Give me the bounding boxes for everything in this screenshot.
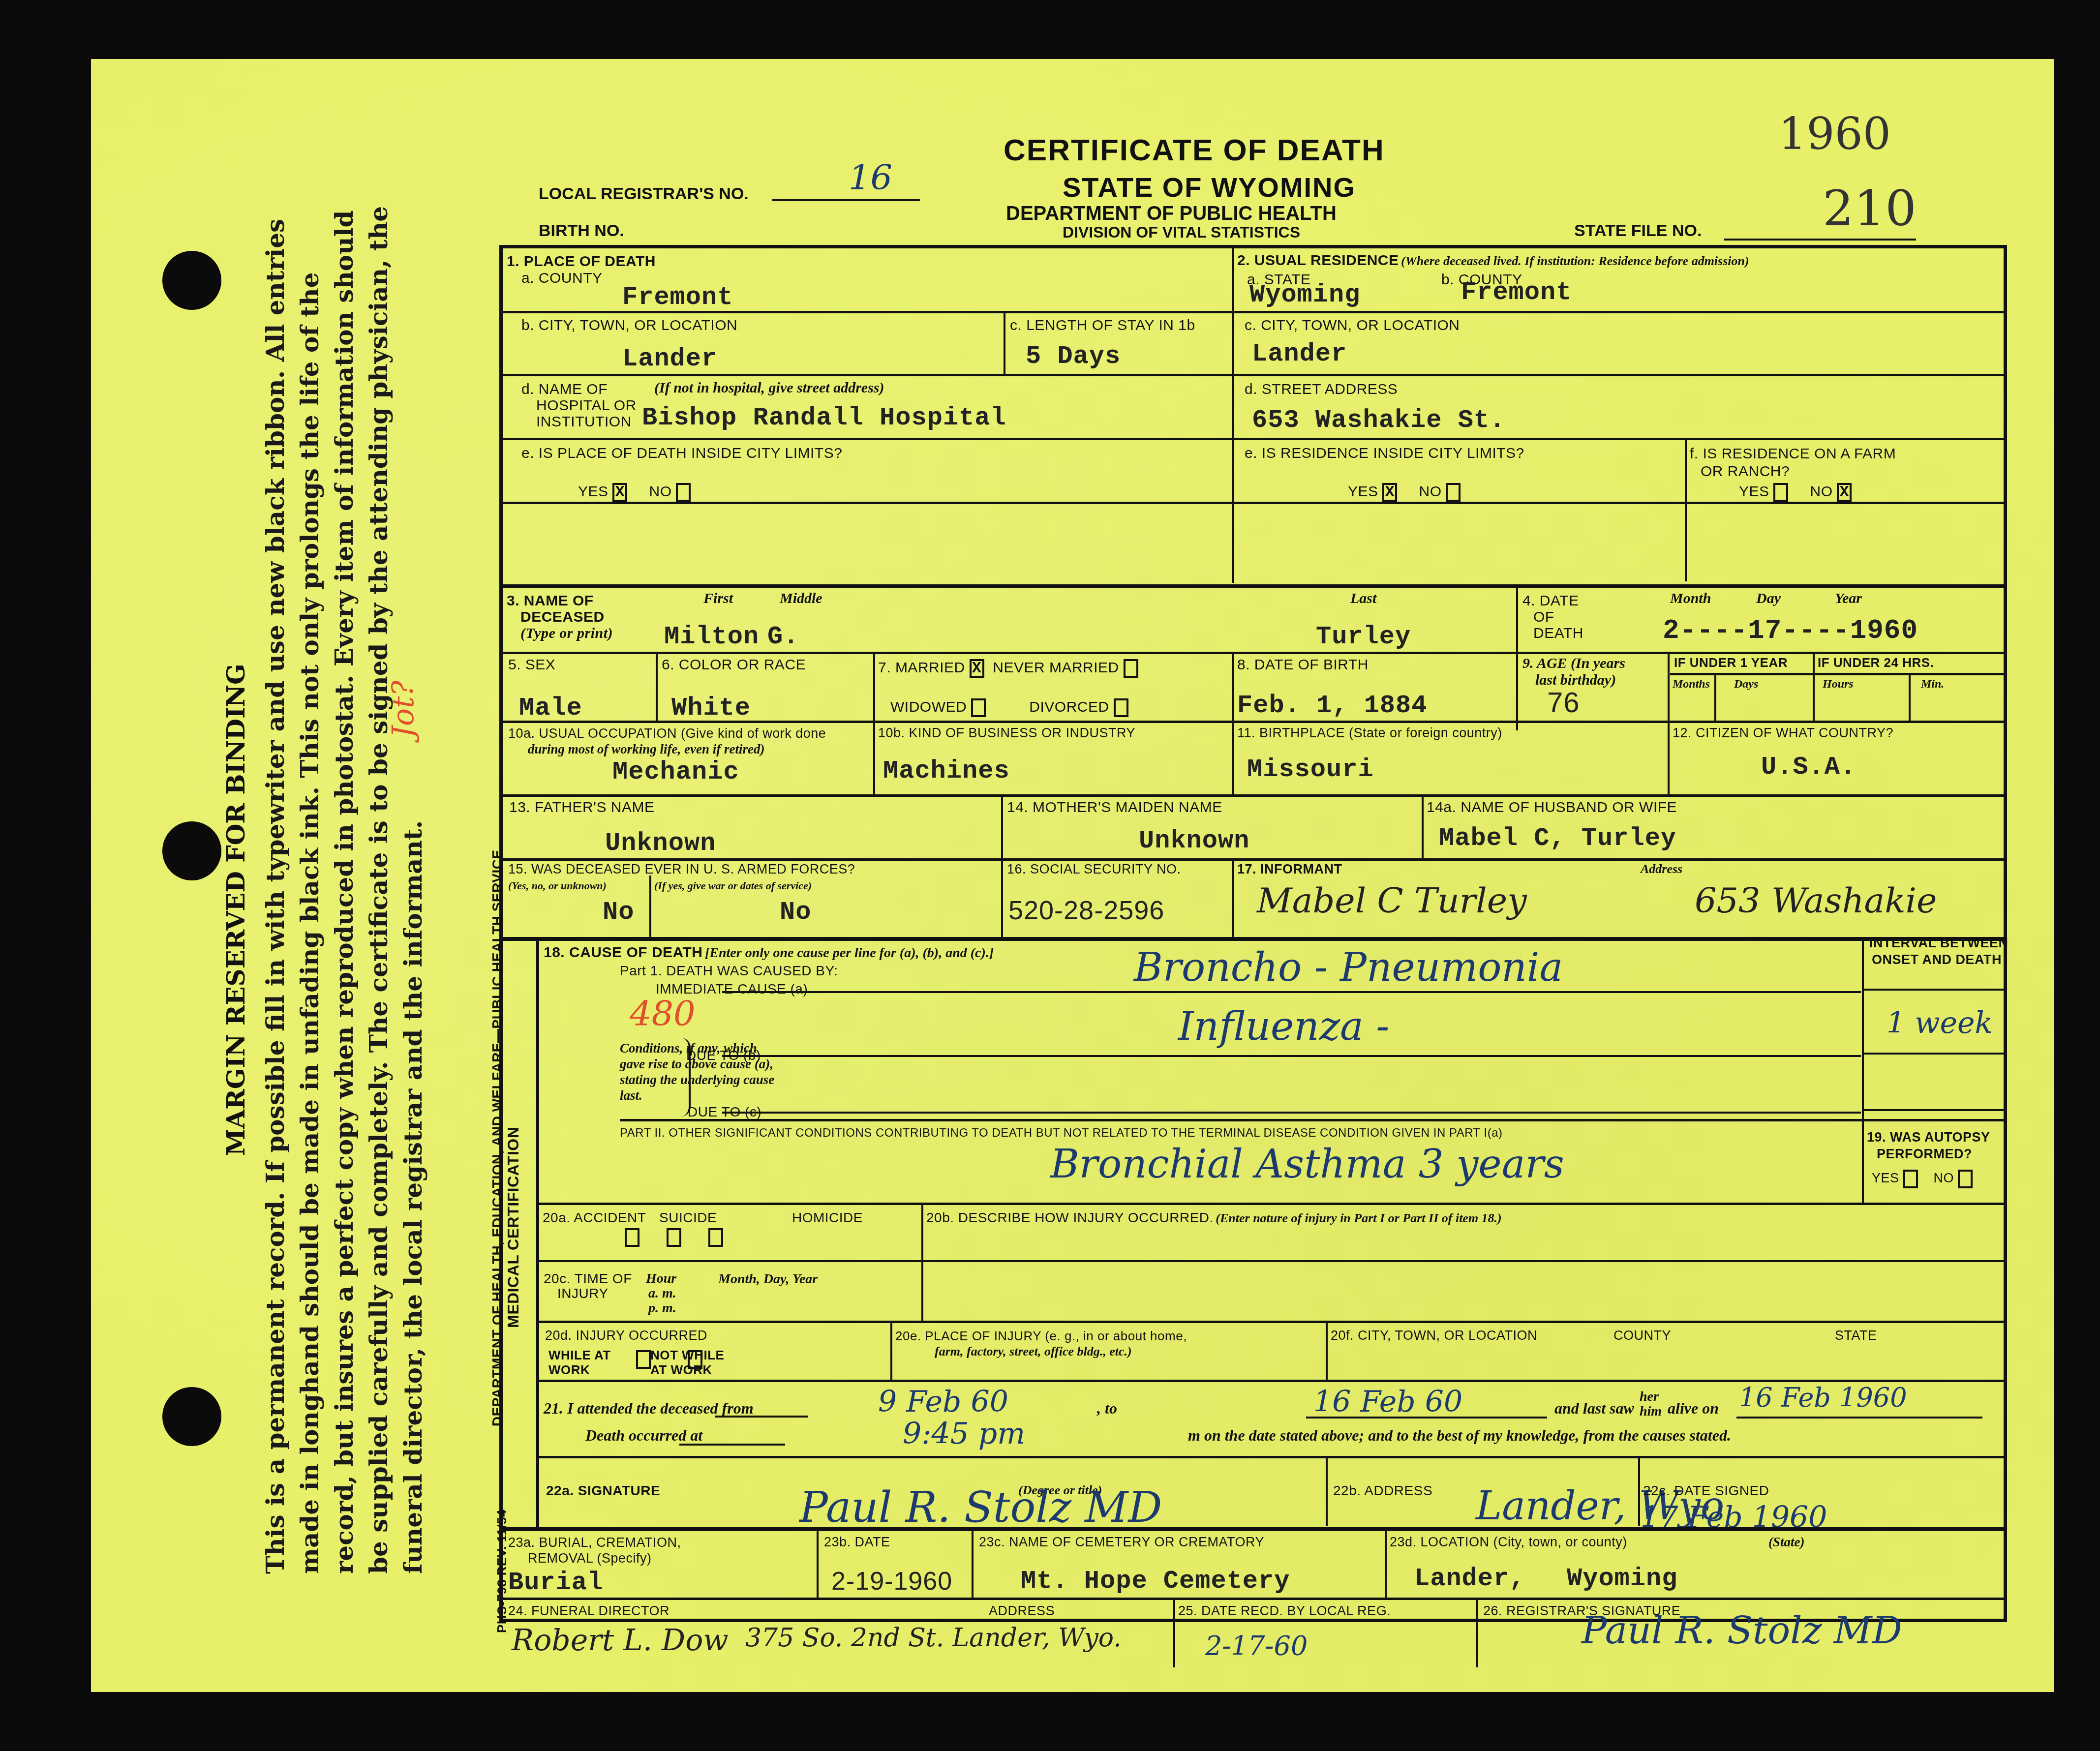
suicide-checkbox[interactable] [667, 1228, 681, 1247]
time-label-line: INJURY [557, 1286, 632, 1301]
divorced-checkbox[interactable] [1114, 698, 1128, 717]
residence-city-value[interactable]: Lander [1252, 339, 1347, 368]
due-to-b-line [722, 1055, 1861, 1057]
to-label: , to [1097, 1399, 1117, 1418]
divider [1004, 312, 1005, 375]
divider [1232, 860, 1234, 938]
death-inside-city-no-checkbox[interactable] [676, 483, 691, 502]
state-file-label: STATE FILE NO. [1574, 221, 1702, 241]
no-label: NO [1810, 483, 1833, 500]
attended-from-line [715, 1416, 808, 1418]
yes-label: YES [1872, 1171, 1899, 1185]
disposition-label-line: REMOVAL (Specify) [528, 1550, 681, 1566]
am-label: a. m. [648, 1286, 676, 1301]
disposition-label: 23a. BURIAL, CREMATION, REMOVAL (Specify… [508, 1535, 681, 1566]
occupation-label-line: 10a. USUAL OCCUPATION (Give kind of work… [508, 725, 826, 741]
death-statement: m on the date stated above; and to the b… [1188, 1426, 1731, 1445]
local-registrar-value: 16 [849, 157, 892, 198]
divider [921, 1204, 923, 1322]
married-label: MARRIED [895, 660, 965, 676]
residence-inside-city-options: YES X NO [1348, 483, 1461, 502]
divider [972, 1530, 974, 1599]
not-at-work-checkbox[interactable] [688, 1350, 702, 1369]
due-to-b-value[interactable]: Influenza - [1178, 1003, 1389, 1049]
cause-hint: [Enter only one cause per line for (a), … [705, 945, 994, 961]
medical-certification-label: MEDICAL CERTIFICATION [504, 1127, 522, 1328]
divider [890, 1322, 892, 1381]
divider [539, 1456, 2005, 1458]
under-1yr-label: IF UNDER 1 YEAR [1674, 655, 1788, 670]
divider [502, 438, 2005, 440]
attended-to-line [1306, 1417, 1547, 1419]
certificate-title: CERTIFICATE OF DEATH [1004, 133, 1385, 168]
instruction-line: This is a permanent record. If possible … [258, 246, 293, 1574]
autopsy-options: YES NO [1872, 1170, 1973, 1188]
part2-label: PART II. OTHER SIGNIFICANT CONDITIONS CO… [620, 1126, 1502, 1140]
describe-injury-label: 20b. DESCRIBE HOW INJURY OCCURRED. [926, 1210, 1214, 1225]
cause-header: 18. CAUSE OF DEATH [Enter only one cause… [544, 944, 994, 961]
birthplace-label: 11. BIRTHPLACE (State or foreign country… [1237, 725, 1502, 741]
widowed-checkbox[interactable] [971, 698, 986, 717]
death-county-value[interactable]: Fremont [622, 283, 733, 312]
name-label: 3. NAME OF DECEASED (Type or print) [507, 593, 613, 641]
attended-from-value[interactable]: 9 Feb 60 [878, 1385, 1008, 1419]
part2-value[interactable]: Bronchial Asthma 3 years [1050, 1141, 1564, 1187]
divider [1862, 989, 2005, 991]
divider [539, 1260, 2005, 1262]
physician-signature[interactable]: Paul R. Stolz MD [799, 1483, 1162, 1532]
hospital-hint: (If not in hospital, give street address… [654, 380, 884, 396]
yes-label: YES [578, 483, 609, 500]
occupation-label: 10a. USUAL OCCUPATION (Give kind of work… [508, 725, 826, 757]
dod-label: 4. DATE OF DEATH [1522, 593, 1583, 641]
divider [1326, 1457, 1328, 1526]
year-stamp: 1960 [1778, 108, 1891, 160]
death-occurred-value[interactable]: 9:45 pm [903, 1417, 1025, 1451]
autopsy-yes-checkbox[interactable] [1903, 1170, 1918, 1188]
sex-label: 5. SEX [508, 657, 555, 673]
time-label-line: 20c. TIME OF [544, 1271, 632, 1286]
accident-checkbox[interactable] [625, 1228, 639, 1247]
residence-state-value[interactable]: Wyoming [1249, 280, 1360, 309]
attended-to-value[interactable]: 16 Feb 60 [1313, 1385, 1462, 1419]
informant-label: 17. INFORMANT [1237, 862, 1342, 877]
binding-hole-bottom [162, 1387, 221, 1446]
divider [1714, 674, 1716, 722]
divider [502, 1598, 2005, 1600]
immediate-cause-value[interactable]: Broncho - Pneumonia [1134, 944, 1563, 990]
registrar-signature[interactable]: Paul R. Stolz MD [1582, 1608, 1902, 1652]
divider [502, 1527, 2005, 1531]
farm-label: f. IS RESIDENCE ON A FARM OR RANCH? [1690, 445, 1896, 481]
interval-value[interactable]: 1 week [1887, 1006, 1993, 1040]
usual-residence-hint: (Where deceased lived. If institution: R… [1401, 254, 1749, 268]
divider [1326, 1322, 1328, 1381]
divider [1670, 673, 2005, 675]
divider [502, 652, 2005, 654]
dod-label-line: OF [1533, 609, 1583, 625]
death-inside-city-yes-checkbox[interactable]: X [612, 483, 627, 502]
age-label: 9. AGE (In years last birthday) [1522, 655, 1625, 689]
hospital-label-line: HOSPITAL OR [536, 397, 637, 414]
ssn-value[interactable]: 520-28-2596 [1008, 895, 1164, 926]
name-label-line: DECEASED [520, 609, 613, 625]
burial-location-label: 23d. LOCATION (City, town, or county) [1390, 1535, 1627, 1549]
citizen-value[interactable]: U.S.A. [1761, 753, 1856, 782]
never-married-checkbox[interactable] [1124, 659, 1138, 678]
at-work-label-line: WORK [548, 1362, 611, 1377]
division-title: DIVISION OF VITAL STATISTICS [1063, 223, 1300, 242]
residence-inside-city-label: e. IS RESIDENCE INSIDE CITY LIMITS? [1245, 445, 1524, 462]
farm-label-line: OR RANCH? [1701, 463, 1896, 481]
at-work-label: WHILE AT WORK [548, 1348, 611, 1377]
farm-label-line: f. IS RESIDENCE ON A FARM [1690, 445, 1896, 463]
no-label: NO [649, 483, 672, 500]
divider [649, 875, 651, 937]
red-annotation: Jot? [386, 681, 421, 738]
death-inside-city-options: YES X NO [578, 483, 691, 502]
divider [502, 374, 2005, 376]
burial-date-label: 23b. DATE [824, 1535, 890, 1550]
dod-month-label: Month [1670, 590, 1711, 607]
local-registrar-label: LOCAL REGISTRAR'S NO. [539, 184, 749, 204]
residence-inside-city-no-checkbox[interactable] [1446, 483, 1461, 502]
cemetery-label: 23c. NAME OF CEMETERY OR CREMATORY [979, 1535, 1264, 1550]
married-checkbox[interactable]: X [970, 659, 984, 678]
margin-instructions: This is a permanent record. If possible … [258, 246, 430, 1574]
injury-state-label: STATE [1835, 1328, 1877, 1343]
suicide-label: SUICIDE [659, 1210, 717, 1226]
divider [502, 794, 2005, 797]
occupation-value[interactable]: Mechanic [612, 757, 739, 786]
spouse-value[interactable]: Mabel C, Turley [1439, 824, 1676, 853]
pm-label: p. m. [648, 1301, 676, 1316]
due-to-c-line [722, 1112, 1861, 1114]
death-inside-city-label: e. IS PLACE OF DEATH INSIDE CITY LIMITS? [521, 445, 842, 462]
alive-on-label: alive on [1668, 1399, 1719, 1418]
place-of-death-section: 1. PLACE OF DEATH a. COUNTY [507, 253, 656, 287]
signature-label: 22a. SIGNATURE [546, 1483, 660, 1499]
armed-hint-2: (If yes, give war or dates of service) [654, 879, 812, 892]
divider [539, 1321, 2005, 1323]
armed-hint-1: (Yes, no, or unknown) [508, 879, 607, 892]
cause-code-annotation: 480 [630, 994, 696, 1034]
attended-label: I attended the deceased from [567, 1399, 754, 1417]
divider [1422, 796, 1424, 860]
cause-heading: 18. CAUSE OF DEATH [544, 944, 703, 961]
residence-street-value[interactable]: 653 Washakie St. [1252, 406, 1505, 435]
autopsy-no-checkbox[interactable] [1958, 1170, 1973, 1188]
autopsy-label: 19. WAS AUTOPSY PERFORMED? [1867, 1129, 1990, 1162]
local-registrar-line [772, 199, 920, 201]
residence-street-label: d. STREET ADDRESS [1245, 381, 1398, 398]
cemetery-value[interactable]: Mt. Hope Cemetery [1021, 1567, 1290, 1596]
part1-label: Part 1. DEATH WAS CAUSED BY: [620, 963, 838, 979]
hospital-label: d. NAME OF HOSPITAL OR INSTITUTION [521, 381, 637, 430]
armed-forces-value[interactable]: No [603, 898, 634, 927]
funeral-director-address-label: ADDRESS [989, 1603, 1055, 1619]
informant-signature[interactable]: Mabel C Turley [1257, 880, 1527, 921]
death-city-label: b. CITY, TOWN, OR LOCATION [521, 317, 737, 334]
widowed-label: WIDOWED [890, 699, 967, 715]
days-label: Days [1734, 678, 1758, 691]
her-label: her [1640, 1389, 1662, 1404]
burial-date-value[interactable]: 2-19-1960 [831, 1567, 952, 1596]
usual-residence-heading: 2. USUAL RESIDENCE [1237, 252, 1399, 269]
her-him-label: her him [1640, 1389, 1662, 1419]
marital-status-top: 7. MARRIED X NEVER MARRIED [878, 659, 1138, 678]
hospital-value[interactable]: Bishop Randall Hospital [642, 403, 1006, 432]
father-label: 13. FATHER'S NAME [509, 799, 654, 816]
divider [1001, 796, 1003, 938]
autopsy-label-line: 19. WAS AUTOPSY [1867, 1129, 1990, 1146]
date-received-label: 25. DATE RECD. BY LOCAL REG. [1178, 1603, 1391, 1619]
dod-day-label: Day [1756, 590, 1781, 607]
interval-label-line: ONSET AND DEATH [1872, 951, 2009, 968]
burial-state-label: (State) [1768, 1535, 1805, 1550]
marital-status-bottom: WIDOWED DIVORCED [890, 698, 1128, 717]
min-label: Min. [1921, 678, 1944, 691]
alive-on-value[interactable]: 16 Feb 1960 [1739, 1382, 1907, 1413]
first-name-value[interactable]: Milton [664, 622, 759, 651]
funeral-director-signature[interactable]: Robert L. Dow [512, 1623, 729, 1658]
dod-label-line: DEATH [1533, 625, 1583, 641]
residence-inside-city-yes-checkbox[interactable]: X [1382, 483, 1397, 502]
father-value[interactable]: Unknown [605, 829, 716, 858]
attendance-line-1: 21. I attended the deceased from [544, 1399, 754, 1418]
injury-occurred-label: 20d. INJURY OCCURRED [545, 1328, 707, 1343]
first-name-label: First [703, 590, 733, 607]
last-name-value[interactable]: Turley [1316, 622, 1411, 651]
divider [502, 584, 2005, 588]
spouse-label: 14a. NAME OF HUSBAND OR WIFE [1427, 799, 1677, 816]
hour-label: Hour [646, 1271, 676, 1286]
hour-labels: Hour a. m. p. m. [646, 1271, 676, 1316]
dob-label: 8. DATE OF BIRTH [1237, 657, 1369, 673]
dod-label-line: 4. DATE [1522, 593, 1583, 609]
informant-address-label: Address [1641, 862, 1682, 876]
under-24h-label: IF UNDER 24 HRS. [1818, 655, 1934, 670]
binding-hole-middle [162, 821, 221, 880]
last-saw-label: and last saw [1554, 1399, 1634, 1418]
middle-name-value[interactable]: G. [767, 622, 799, 651]
divider [620, 1119, 2005, 1121]
dob-value[interactable]: Feb. 1, 1884 [1237, 691, 1427, 720]
name-label-line: 3. NAME OF [507, 593, 613, 609]
usual-residence-header: 2. USUAL RESIDENCE (Where deceased lived… [1237, 252, 1749, 269]
injury-county-label: COUNTY [1613, 1328, 1671, 1343]
describe-injury-header: 20b. DESCRIBE HOW INJURY OCCURRED. (Ente… [926, 1210, 1502, 1226]
divider [502, 502, 2005, 504]
attendance-number: 21. [544, 1399, 563, 1417]
divider [817, 1530, 819, 1599]
months-label: Months [1673, 678, 1710, 691]
citizen-label: 12. CITIZEN OF WHAT COUNTRY? [1673, 725, 1893, 741]
divider [1862, 939, 1864, 1205]
divider [1813, 653, 1815, 722]
mother-label: 14. MOTHER'S MAIDEN NAME [1007, 799, 1222, 816]
birthplace-value[interactable]: Missouri [1247, 755, 1374, 784]
hospital-label-line: INSTITUTION [536, 414, 637, 430]
department-title: DEPARTMENT OF PUBLIC HEALTH [1006, 203, 1337, 225]
binding-margin-label: MARGIN RESERVED FOR BINDING [221, 664, 250, 1156]
homicide-label: HOMICIDE [792, 1210, 863, 1226]
instruction-line: funeral director, the local registrar an… [396, 246, 430, 1574]
place-of-injury-label-line: 20e. PLACE OF INJURY (e. g., in or about… [895, 1328, 1187, 1344]
divider [873, 653, 875, 796]
date-signed-label: 22c. DATE SIGNED [1643, 1483, 1769, 1499]
divider [1862, 1053, 2005, 1055]
race-value[interactable]: White [671, 694, 751, 723]
residence-city-label: c. CITY, TOWN, OR LOCATION [1245, 317, 1460, 334]
disposition-value[interactable]: Burial [508, 1568, 603, 1597]
yes-label: YES [1739, 483, 1769, 500]
middle-name-label: Middle [780, 590, 822, 607]
state-file-value: 210 [1823, 180, 1917, 237]
place-of-injury-label: 20e. PLACE OF INJURY (e. g., in or about… [895, 1328, 1187, 1359]
divider [656, 653, 658, 722]
burial-location-header: 23d. LOCATION (City, town, or county) [1390, 1535, 1627, 1550]
death-city-value[interactable]: Lander [622, 344, 717, 373]
state-title: STATE OF WYOMING [1063, 171, 1356, 203]
instruction-line: record, but insures a perfect copy when … [327, 246, 362, 1574]
autopsy-label-line: PERFORMED? [1877, 1146, 1990, 1162]
never-married-label: NEVER MARRIED [993, 660, 1119, 676]
state-file-line [1724, 239, 1916, 241]
injury-city-label: 20f. CITY, TOWN, OR LOCATION [1331, 1328, 1537, 1343]
yes-label: YES [1348, 483, 1378, 500]
medical-divider [536, 939, 539, 1530]
mother-value[interactable]: Unknown [1139, 826, 1249, 855]
divider [1173, 1599, 1175, 1667]
mdy-label: Month, Day, Year [718, 1271, 818, 1287]
divider [1476, 1599, 1478, 1667]
alive-on-line [1736, 1417, 1982, 1419]
divider [1862, 1109, 2005, 1111]
divorced-label: DIVORCED [1029, 699, 1109, 715]
armed-forces-label: 15. WAS DECEASED EVER IN U. S. ARMED FOR… [508, 862, 855, 877]
no-label: NO [1419, 483, 1442, 500]
last-name-label: Last [1350, 590, 1376, 607]
place-of-injury-label-line: farm, factory, street, office bldg., etc… [935, 1344, 1187, 1359]
business-label: 10b. KIND OF BUSINESS OR INDUSTRY [878, 725, 1135, 741]
sex-value[interactable]: Male [519, 694, 582, 723]
at-work-checkbox[interactable] [636, 1350, 651, 1369]
residence-county-value[interactable]: Fremont [1461, 278, 1572, 307]
instruction-line: be supplied carefully and completely. Th… [362, 246, 396, 1574]
funeral-director-label: 24. FUNERAL DIRECTOR [508, 1603, 670, 1619]
age-label-line: 9. AGE (In years [1522, 655, 1625, 672]
divider [1232, 246, 1234, 583]
divider [1516, 588, 1518, 730]
divider [1232, 653, 1234, 796]
hospital-label-line: d. NAME OF [521, 381, 637, 397]
length-of-stay-value[interactable]: 5 Days [1026, 342, 1121, 371]
physician-address-label: 22b. ADDRESS [1333, 1483, 1432, 1499]
marital-number: 7. [878, 660, 891, 676]
funeral-director-address[interactable]: 375 So. 2nd St. Lander, Wyo. [745, 1623, 1122, 1653]
death-occurred-line [679, 1444, 785, 1446]
divider [1909, 674, 1911, 722]
disposition-label-line: 23a. BURIAL, CREMATION, [508, 1535, 681, 1550]
farm-no-checkbox[interactable]: X [1837, 483, 1852, 502]
instruction-line: made in longhand should be made in unfad… [293, 246, 327, 1574]
certificate-paper: MARGIN RESERVED FOR BINDING This is a pe… [91, 59, 2054, 1692]
burial-state-value[interactable]: Wyoming [1567, 1564, 1677, 1593]
name-label-line: (Type or print) [520, 625, 613, 641]
length-of-stay-label: c. LENGTH OF STAY IN 1b [1010, 317, 1195, 334]
race-label: 6. COLOR OR RACE [662, 657, 806, 673]
armed-dates-value[interactable]: No [780, 898, 811, 927]
at-work-label-line: WHILE AT [548, 1348, 611, 1362]
binding-hole-top [162, 251, 221, 310]
immediate-cause-line [722, 991, 1861, 993]
divider [1385, 1530, 1387, 1599]
divider [502, 937, 2005, 941]
homicide-checkbox[interactable] [708, 1228, 723, 1247]
time-of-injury-label: 20c. TIME OF INJURY [544, 1271, 632, 1301]
death-occurred-label: Death occurred at [585, 1426, 702, 1445]
hours-label: Hours [1823, 678, 1854, 691]
him-label: him [1640, 1404, 1662, 1419]
age-value[interactable]: 76 [1547, 686, 1580, 719]
interval-label: INTERVAL BETWEEN ONSET AND DEATH [1869, 935, 2009, 968]
divider [539, 1203, 2005, 1205]
accident-label: 20a. ACCIDENT [543, 1210, 646, 1226]
farm-yes-checkbox[interactable] [1773, 483, 1788, 502]
divider [1685, 439, 1687, 581]
divider [1668, 653, 1670, 796]
interval-label-line: INTERVAL BETWEEN [1869, 935, 2009, 951]
place-of-death-heading: 1. PLACE OF DEATH [507, 253, 656, 270]
no-label: NO [1934, 1171, 1954, 1185]
date-received-value[interactable]: 2-17-60 [1205, 1630, 1308, 1661]
burial-city-value[interactable]: Lander, [1414, 1564, 1525, 1593]
business-value[interactable]: Machines [883, 756, 1010, 785]
divider [502, 858, 2005, 861]
dod-year-label: Year [1835, 590, 1862, 607]
farm-options: YES NO X [1739, 483, 1852, 502]
informant-address-value[interactable]: 653 Washakie [1695, 880, 1937, 921]
ssn-label: 16. SOCIAL SECURITY NO. [1007, 862, 1181, 877]
dod-value[interactable]: 2----17----1960 [1663, 615, 1918, 646]
birth-no-label: BIRTH NO. [539, 221, 624, 241]
occupation-label-line: during most of working life, even if ret… [528, 741, 826, 757]
describe-injury-hint: (Enter nature of injury in Part I or Par… [1216, 1211, 1501, 1225]
